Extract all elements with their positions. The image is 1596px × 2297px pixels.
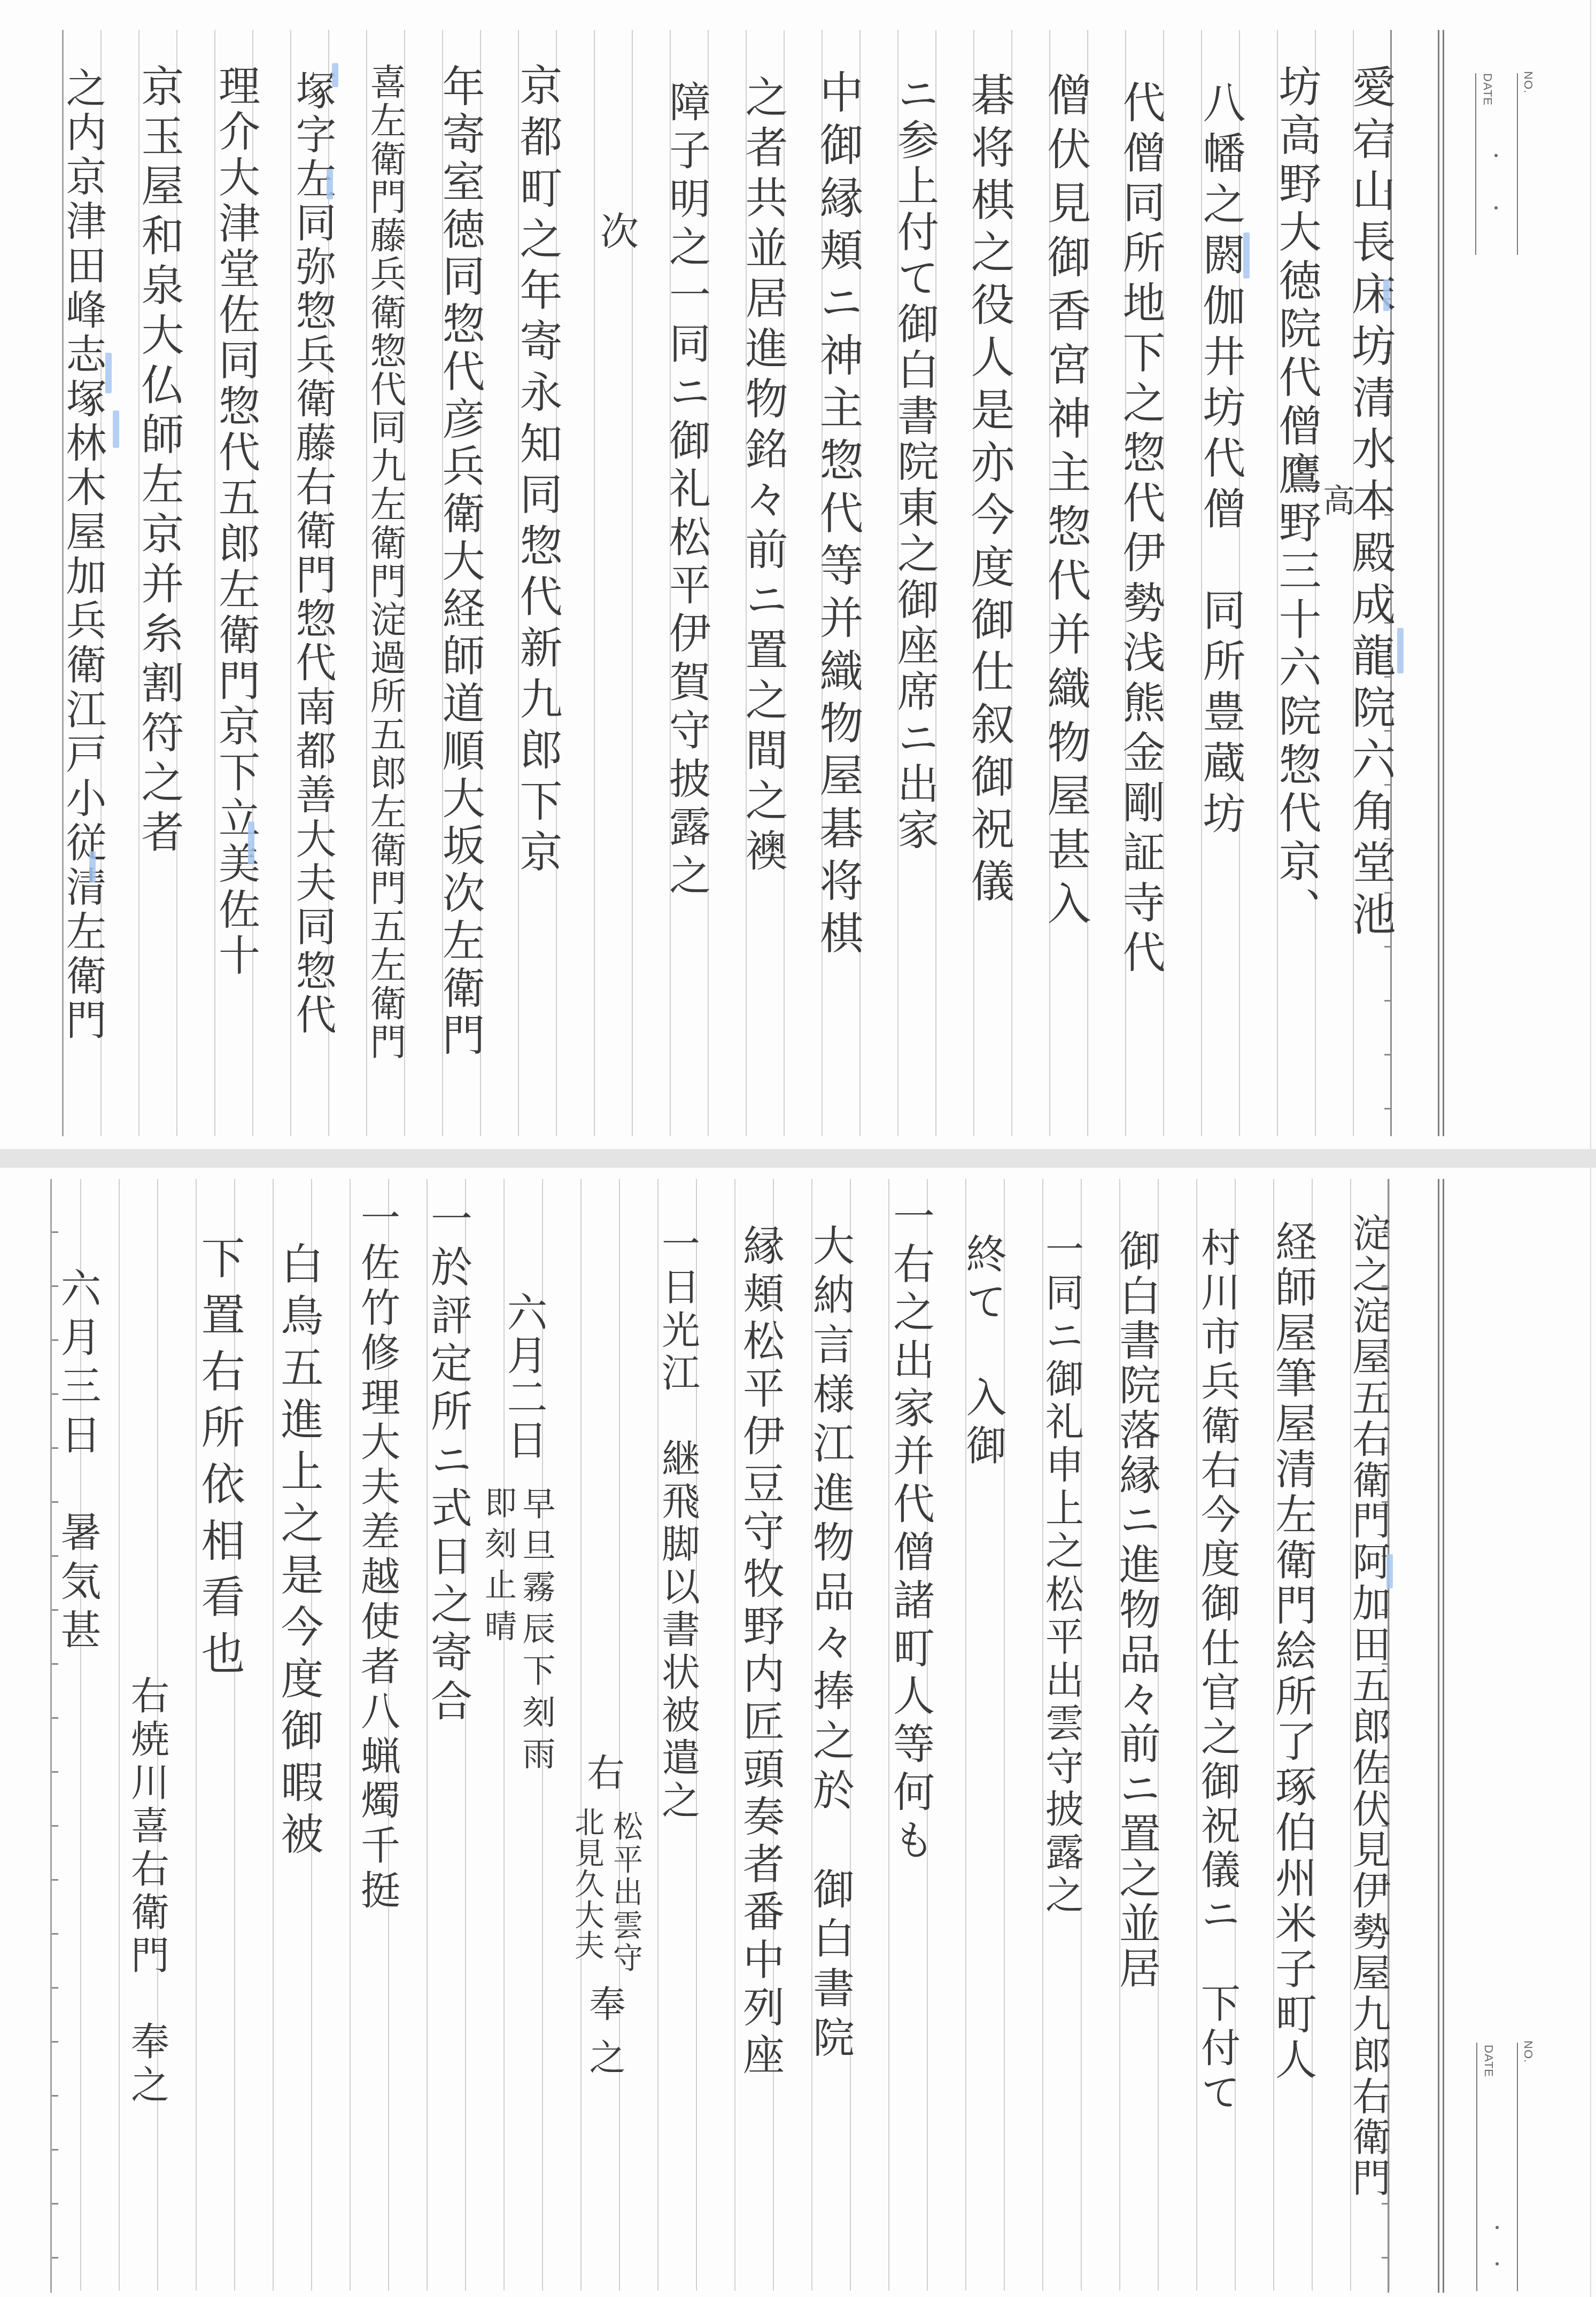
highlight-mark [1243, 232, 1250, 278]
date-label: DATE [1482, 2045, 1496, 2077]
highlight-mark [248, 821, 254, 864]
page-edge [1590, 0, 1591, 1149]
highlight-mark [1386, 1554, 1393, 1588]
highlight-mark [332, 63, 338, 87]
text-column: 大納言様江進物品々捧之於 御白書院 [804, 1224, 855, 2058]
date-separator-dot [1494, 206, 1498, 209]
weather-note: 早旦霧辰下刻雨 [516, 1486, 556, 1770]
page-gap [0, 1149, 1596, 1168]
ruled-lines-top [63, 30, 1393, 1136]
double-margin-line [1438, 1179, 1439, 2293]
highlight-mark [89, 851, 96, 882]
highlight-mark [1383, 280, 1390, 311]
text-column: 一日光江 継飛脚以書状被遣之 [655, 1224, 701, 1819]
highlight-mark [1397, 628, 1404, 673]
date-field-line [1476, 2043, 1477, 2291]
text-column: 白鳥五進上之是今度御暇被 [273, 1241, 324, 1854]
no-field-line [1517, 2043, 1518, 2291]
date-field-line [1475, 73, 1476, 255]
text-column: 京玉屋和泉大仏師左京并糸割符之者 [133, 64, 184, 852]
double-margin-line [1443, 1179, 1444, 2293]
text-column: 碁将棋之役人是亦今度御仕叙御祝儀 [963, 72, 1015, 902]
text-column: 八幡之閼伽井坊代僧 同所豊蔵坊 [1195, 80, 1246, 834]
text-column: 喜左衛門藤兵衛惣代同九左衛門淀過所五郎左衛門五左衛門 [363, 63, 407, 1059]
text-column: 塚字左同弥惣兵衛藤右衛門惣代南都善大夫同惣代 [289, 69, 337, 1034]
highlight-mark [327, 169, 333, 199]
date-label: DATE [1481, 73, 1494, 106]
no-field-line [1517, 73, 1518, 255]
text-column: 年寄室徳同惣代彦兵衛大経師道順大坂次左衛門 [434, 64, 485, 1056]
text-column: 代僧同所地下之惣代伊勢浅熊金剛証寺代 [1114, 80, 1166, 973]
double-margin-line [1443, 30, 1444, 1136]
text-column: 御白書院落縁ニ進物品々前ニ置之並居 [1111, 1229, 1161, 1988]
text-column: 右焼川喜右衛門 奉之 [124, 1675, 170, 2103]
text-column: 之内京津田峰志塚林木屋加兵衛江戸小従清左衛門 [59, 67, 107, 1039]
text-column: 終て 入御 [959, 1233, 1008, 1465]
highlight-mark [105, 353, 112, 393]
text-column: 下置右所依相看也 [193, 1235, 245, 1674]
text-column: 一同ニ御礼申上之松平出雲守披露之 [1039, 1229, 1084, 1913]
highlight-mark [113, 410, 119, 448]
correction-note: 高 [1317, 484, 1355, 521]
text-column: 一佐竹修理大夫差越使者八蝋燭千挺 [353, 1197, 401, 1909]
notebook-scan: NO. DATE 愛宕山長床坊清水本殿成龍院六角堂池 坊高野大徳院代僧鷹野三十六… [0, 0, 1596, 2297]
no-label: NO. [1521, 71, 1535, 94]
text-column: 障子明之一同ニ御礼松平伊賀守披露之 [661, 80, 711, 895]
double-margin-line [1438, 30, 1439, 1136]
date-separator-dot [1496, 2226, 1499, 2229]
order-note-name: 北見久大夫 [569, 1806, 605, 1960]
no-label: NO. [1521, 2040, 1535, 2063]
text-column: 京都町之年寄永知同惣代新九郎下京 [512, 63, 563, 872]
order-note-tail: 奉之 [582, 1985, 626, 2075]
text-column: 中御縁頬ニ神主惣代等并織物屋碁将棋 [811, 69, 864, 954]
entry-date: 六月三日 暑気甚 [53, 1267, 102, 1649]
text-column: 坊高野大徳院代僧鷹野三十六院惣代京、 [1270, 64, 1322, 930]
entry-date: 六月二日 [500, 1291, 548, 1460]
text-column: 僧伏見御香宮神主惣代并織物屋甚入 [1039, 72, 1091, 925]
text-column: 一於評定所ニ式日之寄合 [422, 1197, 472, 1721]
text-column: ニ参上付て御白書院東之御座席ニ出家 [889, 72, 939, 850]
text-column: 之者共並居進物銘々前ニ置之間之襖 [737, 75, 788, 871]
text-column: 縁頬松平伊豆守牧野内匠頭奏者番中列座 [734, 1224, 785, 2075]
date-separator-dot [1494, 154, 1498, 157]
date-separator-dot [1496, 2262, 1499, 2265]
order-note-lead: 右 [580, 1753, 625, 1796]
text-column: 経師屋筆屋清左衛門絵所了琢伯州米子町人 [1267, 1220, 1317, 2079]
text-column: 村川市兵衛右今度御仕官之御祝儀ニ 下付て [1194, 1227, 1241, 2111]
order-note-name: 松平出雲守 [608, 1811, 644, 1972]
text-column: 一右之出家并代僧諸町人等何も [885, 1194, 935, 1860]
section-heading: 次 [593, 211, 639, 259]
text-column: 淀之淀屋五右衛門阿加田五郎佐伏見伊勢屋九郎右衛門 [1345, 1213, 1391, 2197]
page-edge [1590, 1168, 1591, 2297]
weather-note: 即刻止晴 [479, 1486, 517, 1641]
